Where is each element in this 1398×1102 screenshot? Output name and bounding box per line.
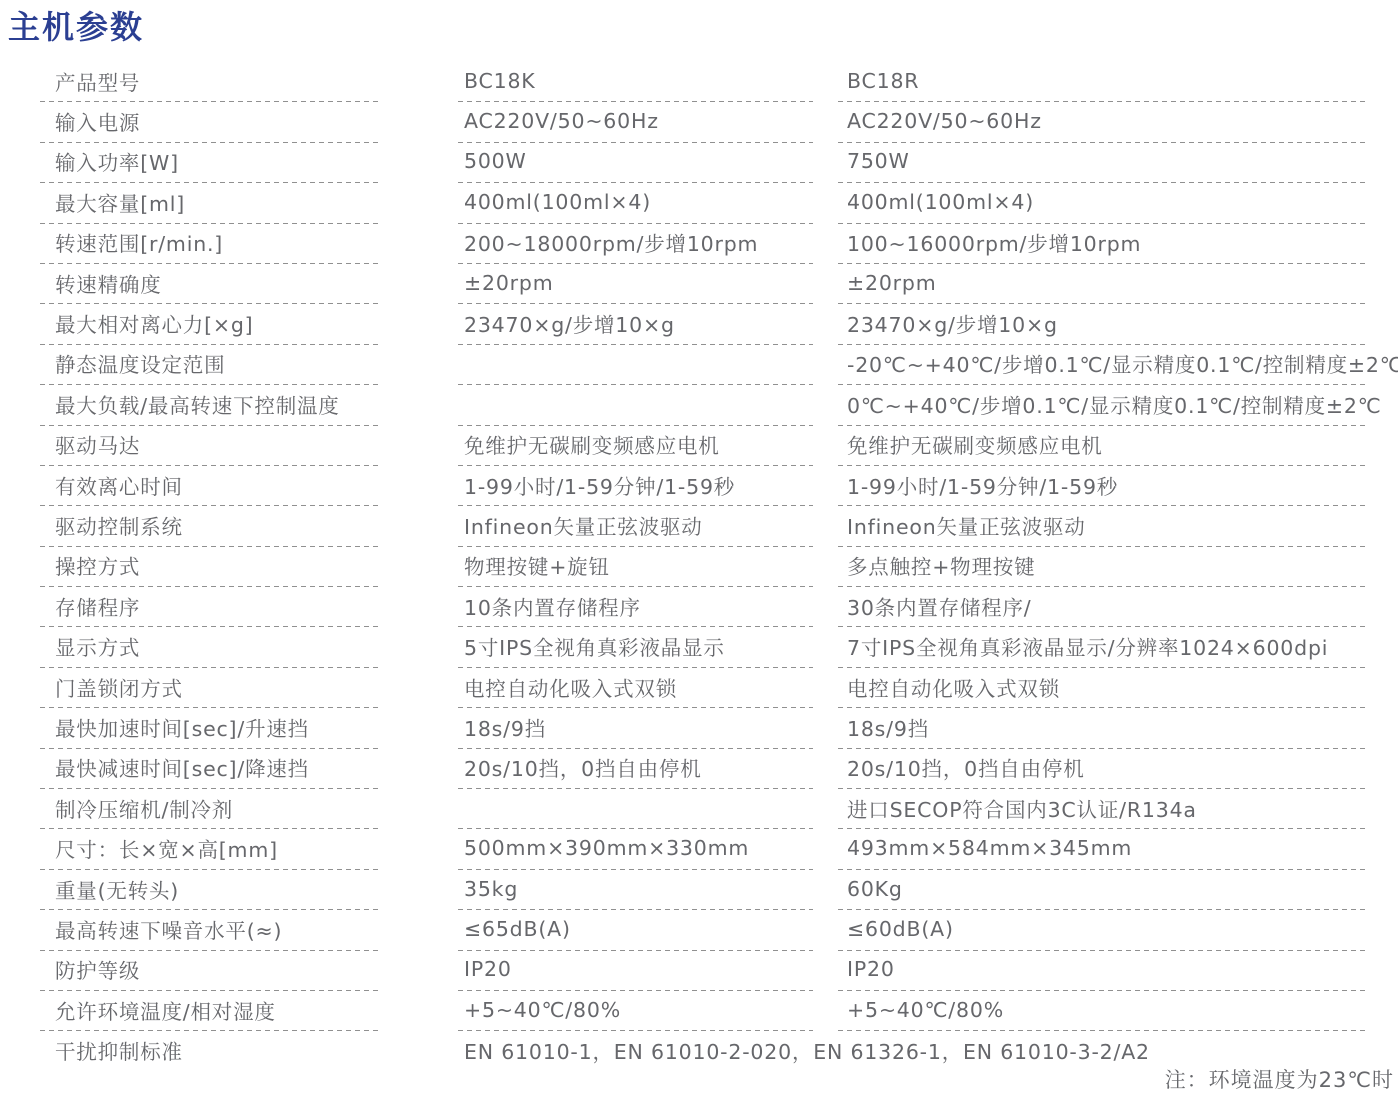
spec-value-bc18k: 5寸IPS全视角真彩液晶显示 — [458, 627, 843, 667]
table-row: 尺寸：长×宽×高[mm]500mm×390mm×330mm493mm×584mm… — [40, 829, 1370, 869]
table-row: 输入功率[W]500W750W — [40, 143, 1370, 183]
spec-value-bc18k: 电控自动化吸入式双锁 — [458, 668, 843, 708]
spec-value-bc18k: 10条内置存储程序 — [458, 587, 843, 627]
spec-value-bc18k: 500W — [458, 143, 843, 183]
spec-label: 产品型号 — [40, 62, 458, 102]
spec-value-bc18k: 18s/9挡 — [458, 708, 843, 748]
table-row: 转速范围[r/min.]200~18000rpm/步增10rpm100~1600… — [40, 224, 1370, 264]
spec-value-bc18k: 200~18000rpm/步增10rpm — [458, 224, 843, 264]
spec-value-bc18k: 23470×g/步增10×g — [458, 304, 843, 344]
spec-value-bc18k: 1-99小时/1-59分钟/1-59秒 — [458, 466, 843, 506]
table-row: 最大相对离心力[×g]23470×g/步增10×g23470×g/步增10×g — [40, 304, 1370, 344]
spec-value-bc18r: -20℃~+40℃/步增0.1℃/显示精度0.1℃/控制精度±2℃ — [843, 345, 1370, 385]
spec-value-bc18r: 7寸IPS全视角真彩液晶显示/分辨率1024×600dpi — [843, 627, 1370, 667]
spec-value-bc18k: ≤65dB(A) — [458, 910, 843, 950]
spec-label: 防护等级 — [40, 951, 458, 991]
spec-value-bc18k: AC220V/50~60Hz — [458, 102, 843, 142]
spec-label: 允许环境温度/相对湿度 — [40, 991, 458, 1031]
spec-value-bc18r: BC18R — [843, 62, 1370, 102]
spec-value-bc18r: 30条内置存储程序/ — [843, 587, 1370, 627]
spec-value-bc18k — [458, 789, 843, 829]
spec-value-bc18k: 物理按键+旋钮 — [458, 547, 843, 587]
table-row: 转速精确度±20rpm±20rpm — [40, 264, 1370, 304]
table-row: 驱动控制系统Infineon矢量正弦波驱动Infineon矢量正弦波驱动 — [40, 506, 1370, 546]
table-row: 存储程序10条内置存储程序30条内置存储程序/ — [40, 587, 1370, 627]
spec-sheet-page: 主机参数 产品型号BC18KBC18R输入电源AC220V/50~60HzAC2… — [0, 0, 1398, 1102]
spec-value-bc18r: 750W — [843, 143, 1370, 183]
spec-value-bc18r: 多点触控+物理按键 — [843, 547, 1370, 587]
spec-label: 最大相对离心力[×g] — [40, 304, 458, 344]
spec-value-bc18r: ≤60dB(A) — [843, 910, 1370, 950]
spec-value-bc18r: Infineon矢量正弦波驱动 — [843, 506, 1370, 546]
spec-value-bc18k: 免维护无碳刷变频感应电机 — [458, 426, 843, 466]
table-row: 操控方式物理按键+旋钮多点触控+物理按键 — [40, 547, 1370, 587]
spec-label: 驱动控制系统 — [40, 506, 458, 546]
spec-value-bc18r: 23470×g/步增10×g — [843, 304, 1370, 344]
spec-value-bc18r: +5~40℃/80% — [843, 991, 1370, 1031]
spec-label: 有效离心时间 — [40, 466, 458, 506]
spec-label: 重量(无转头) — [40, 870, 458, 910]
spec-value-bc18k: ±20rpm — [458, 264, 843, 304]
spec-value-bc18r: 20s/10挡，0挡自由停机 — [843, 749, 1370, 789]
spec-value-bc18r: ±20rpm — [843, 264, 1370, 304]
spec-value-bc18r: 电控自动化吸入式双锁 — [843, 668, 1370, 708]
spec-label: 最大负载/最高转速下控制温度 — [40, 385, 458, 425]
table-row: 有效离心时间1-99小时/1-59分钟/1-59秒1-99小时/1-59分钟/1… — [40, 466, 1370, 506]
spec-value-bc18k — [458, 345, 843, 385]
table-row: 输入电源AC220V/50~60HzAC220V/50~60Hz — [40, 102, 1370, 142]
spec-label: 操控方式 — [40, 547, 458, 587]
spec-label: 显示方式 — [40, 627, 458, 667]
spec-label: 输入电源 — [40, 102, 458, 142]
spec-value-bc18k — [458, 385, 843, 425]
table-row: 最大负载/最高转速下控制温度0℃~+40℃/步增0.1℃/显示精度0.1℃/控制… — [40, 385, 1370, 425]
spec-value-bc18k: IP20 — [458, 951, 843, 991]
table-row: 显示方式5寸IPS全视角真彩液晶显示7寸IPS全视角真彩液晶显示/分辨率1024… — [40, 627, 1370, 667]
spec-value-bc18k: 400ml(100ml×4) — [458, 183, 843, 223]
table-row: 最高转速下噪音水平(≈)≤65dB(A)≤60dB(A) — [40, 910, 1370, 950]
spec-value-bc18r: 1-99小时/1-59分钟/1-59秒 — [843, 466, 1370, 506]
spec-label: 最快加速时间[sec]/升速挡 — [40, 708, 458, 748]
spec-label: 最高转速下噪音水平(≈) — [40, 910, 458, 950]
spec-value-bc18k: 500mm×390mm×330mm — [458, 829, 843, 869]
spec-label: 制冷压缩机/制冷剂 — [40, 789, 458, 829]
spec-value-bc18r: 18s/9挡 — [843, 708, 1370, 748]
spec-label: 驱动马达 — [40, 426, 458, 466]
spec-value-bc18r: 100~16000rpm/步增10rpm — [843, 224, 1370, 264]
table-row: 允许环境温度/相对湿度+5~40℃/80%+5~40℃/80% — [40, 991, 1370, 1031]
spec-label: 最快减速时间[sec]/降速挡 — [40, 749, 458, 789]
page-title: 主机参数 — [8, 2, 144, 48]
table-row: 驱动马达免维护无碳刷变频感应电机免维护无碳刷变频感应电机 — [40, 426, 1370, 466]
spec-value-bc18r: 400ml(100ml×4) — [843, 183, 1370, 223]
spec-value-bc18k: +5~40℃/80% — [458, 991, 843, 1031]
spec-label: 静态温度设定范围 — [40, 345, 458, 385]
spec-value-bc18r: 493mm×584mm×345mm — [843, 829, 1370, 869]
spec-value-bc18k: 35kg — [458, 870, 843, 910]
table-row: 最快加速时间[sec]/升速挡18s/9挡18s/9挡 — [40, 708, 1370, 748]
table-row: 产品型号BC18KBC18R — [40, 62, 1370, 102]
spec-label: 干扰抑制标准 — [40, 1031, 458, 1071]
spec-value-bc18k: Infineon矢量正弦波驱动 — [458, 506, 843, 546]
table-row: 门盖锁闭方式电控自动化吸入式双锁电控自动化吸入式双锁 — [40, 668, 1370, 708]
spec-label: 最大容量[ml] — [40, 183, 458, 223]
spec-label: 转速范围[r/min.] — [40, 224, 458, 264]
spec-value-bc18r: 进口SECOP符合国内3C认证/R134a — [843, 789, 1370, 829]
spec-value-bc18r: AC220V/50~60Hz — [843, 102, 1370, 142]
table-row: 制冷压缩机/制冷剂进口SECOP符合国内3C认证/R134a — [40, 789, 1370, 829]
table-row: 防护等级IP20IP20 — [40, 951, 1370, 991]
spec-table: 产品型号BC18KBC18R输入电源AC220V/50~60HzAC220V/5… — [40, 62, 1370, 1072]
spec-label: 门盖锁闭方式 — [40, 668, 458, 708]
table-row: 重量(无转头)35kg60Kg — [40, 870, 1370, 910]
table-row: 最大容量[ml]400ml(100ml×4)400ml(100ml×4) — [40, 183, 1370, 223]
spec-label: 输入功率[W] — [40, 143, 458, 183]
spec-value-bc18r: 60Kg — [843, 870, 1370, 910]
spec-value-bc18r: 0℃~+40℃/步增0.1℃/显示精度0.1℃/控制精度±2℃ — [843, 385, 1370, 425]
table-row: 静态温度设定范围-20℃~+40℃/步增0.1℃/显示精度0.1℃/控制精度±2… — [40, 345, 1370, 385]
table-row: 最快减速时间[sec]/降速挡20s/10挡，0挡自由停机20s/10挡，0挡自… — [40, 749, 1370, 789]
spec-value-bc18r: 免维护无碳刷变频感应电机 — [843, 426, 1370, 466]
spec-value-bc18k: 20s/10挡，0挡自由停机 — [458, 749, 843, 789]
spec-label: 存储程序 — [40, 587, 458, 627]
spec-label: 转速精确度 — [40, 264, 458, 304]
spec-value-bc18r: IP20 — [843, 951, 1370, 991]
spec-label: 尺寸：长×宽×高[mm] — [40, 829, 458, 869]
footnote: 注：环境温度为23℃时 — [1165, 1064, 1394, 1094]
spec-value-bc18k: BC18K — [458, 62, 843, 102]
